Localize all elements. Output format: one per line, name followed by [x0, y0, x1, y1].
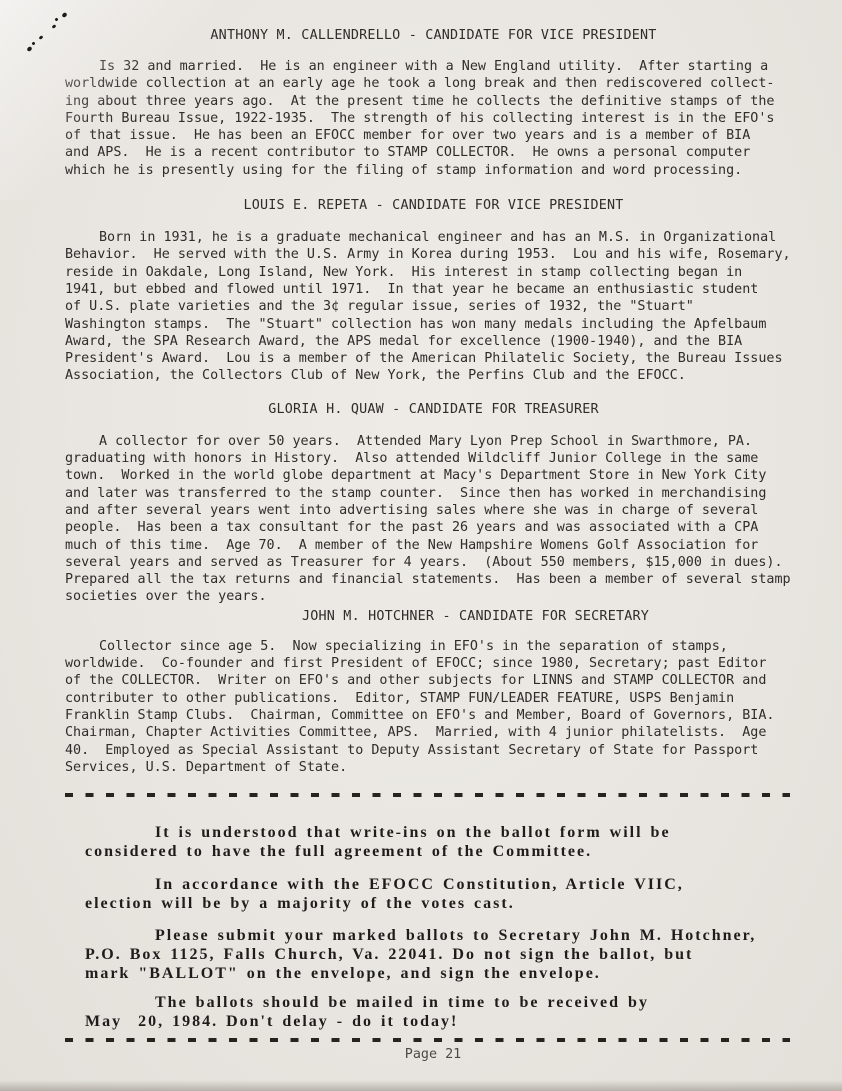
scanned-newsletter-page: ANTHONY M. CALLENDRELLO - CANDIDATE FOR …: [0, 0, 842, 1091]
speck-icon: [54, 17, 58, 21]
speck-icon: [61, 12, 67, 18]
speck-icon: [26, 46, 32, 52]
ballot-instructions: It is understood that write-ins on the b…: [85, 823, 842, 1031]
candidate-heading: ANTHONY M. CALLENDRELLO - CANDIDATE FOR …: [65, 27, 802, 44]
candidate-bio: Born in 1931, he is a graduate mechanica…: [65, 229, 802, 385]
dashed-divider-bottom: [65, 1038, 790, 1042]
page-number: Page 21: [0, 1046, 842, 1063]
candidates-area: ANTHONY M. CALLENDRELLO - CANDIDATE FOR …: [0, 0, 842, 776]
speck-icon: [52, 24, 57, 29]
ballot-note-writeins: It is understood that write-ins on the b…: [85, 823, 842, 861]
candidate-section-hotchner: JOHN M. HOTCHNER - CANDIDATE FOR SECRETA…: [65, 608, 802, 776]
ballot-note-deadline: The ballots should be mailed in time to …: [85, 993, 842, 1031]
staple-marks: [0, 0, 90, 70]
candidate-bio: Collector since age 5. Now specializing …: [65, 638, 802, 776]
ballot-note-majority: In accordance with the EFOCC Constitutio…: [85, 875, 842, 913]
paper-bottom-edge: [0, 1080, 842, 1091]
ballot-note-submit: Please submit your marked ballots to Sec…: [85, 926, 842, 984]
candidate-section-repeta: LOUIS E. REPETA - CANDIDATE FOR VICE PRE…: [65, 197, 802, 385]
candidate-heading: LOUIS E. REPETA - CANDIDATE FOR VICE PRE…: [65, 197, 802, 214]
candidate-bio: A collector for over 50 years. Attended …: [65, 433, 802, 606]
candidate-section-quaw: GLORIA H. QUAW - CANDIDATE FOR TREASURER…: [65, 401, 802, 606]
speck-icon: [31, 41, 35, 45]
dashed-divider-top: [65, 793, 790, 797]
candidate-section-callendrello: ANTHONY M. CALLENDRELLO - CANDIDATE FOR …: [65, 27, 802, 179]
speck-icon: [39, 35, 44, 40]
candidate-heading: GLORIA H. QUAW - CANDIDATE FOR TREASURER: [65, 401, 802, 418]
candidate-bio: Is 32 and married. He is an engineer wit…: [65, 58, 802, 179]
candidate-heading: JOHN M. HOTCHNER - CANDIDATE FOR SECRETA…: [107, 608, 842, 625]
